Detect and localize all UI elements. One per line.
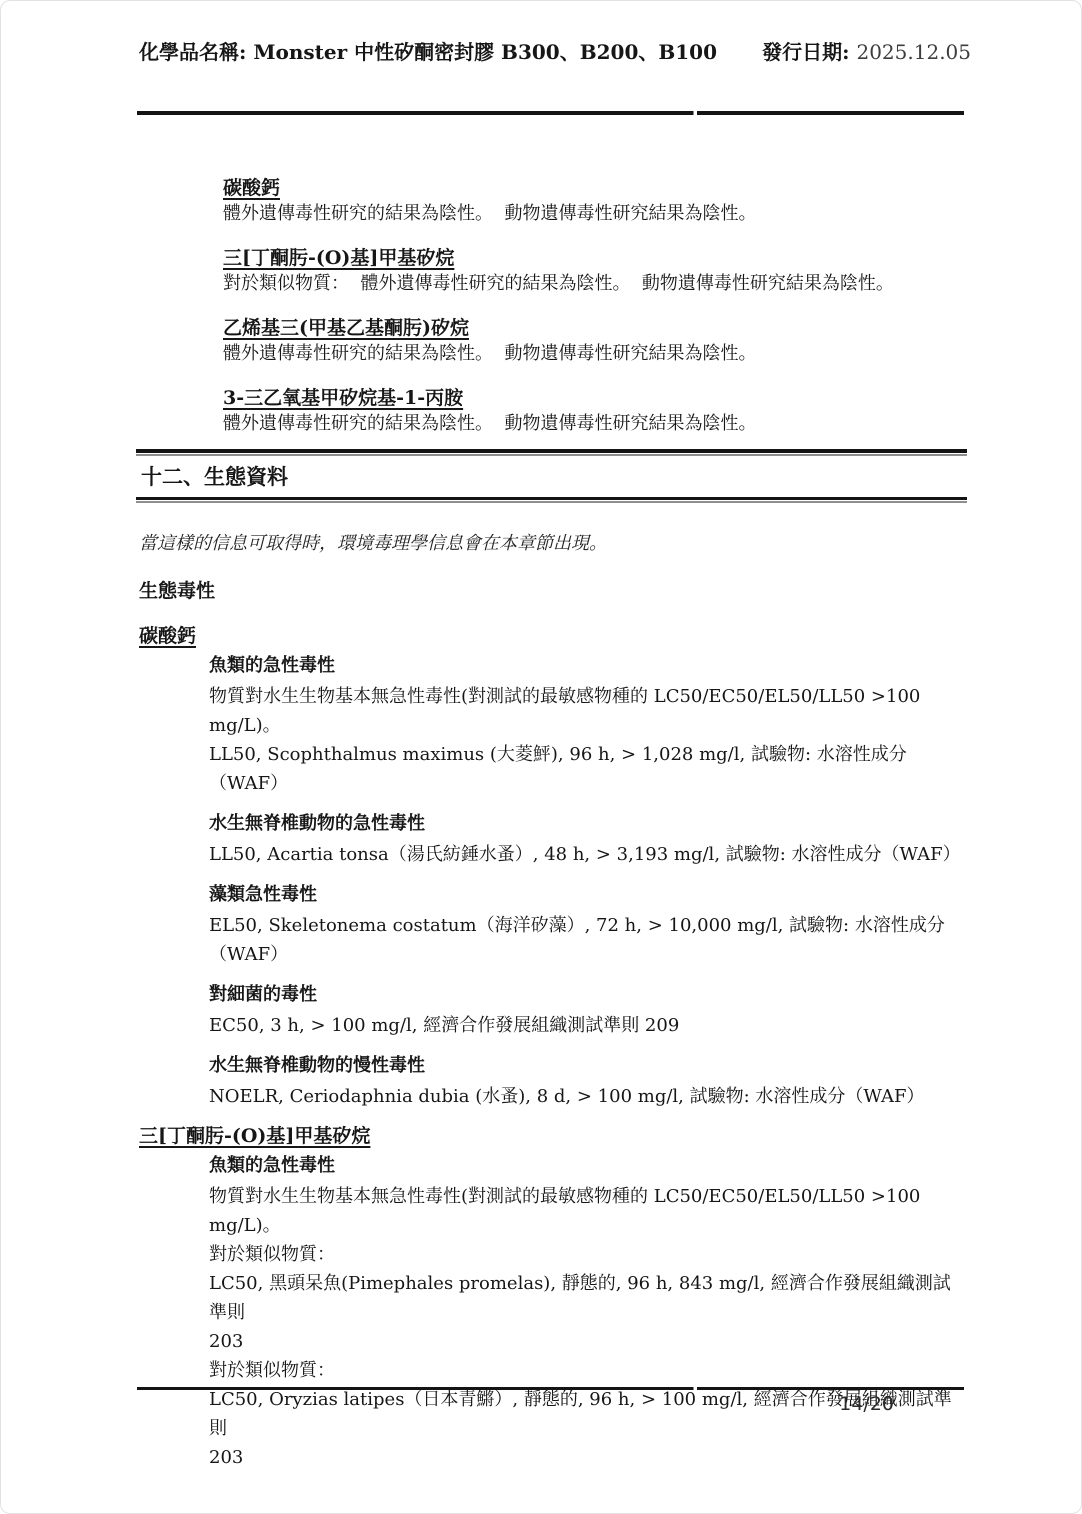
entry-line: LL50, Acartia tonsa（湯氏紡錘水蚤）, 48 h, > 3,1… bbox=[209, 840, 964, 869]
entry-fish-acute-toxicity: 魚類的急性毒性 物質對水生生物基本無急性毒性(對測試的最敏感物種的 LC50/E… bbox=[209, 1152, 964, 1472]
entry-line: 對於類似物質： bbox=[209, 1240, 964, 1269]
substance-name: 三[丁酮肟-(O)基]甲基矽烷 bbox=[139, 1123, 964, 1150]
genotox-block-butanone-oxime-silane: 三[丁酮肟-(O)基]甲基矽烷 對於類似物質： 體外遺傳毒性研究的結果為陰性。 … bbox=[223, 245, 963, 297]
band-rule-top-black bbox=[136, 449, 967, 453]
issue-date-value: 2025.12.05 bbox=[856, 40, 971, 64]
entry-fish-acute-toxicity: 魚類的急性毒性 物質對水生生物基本無急性毒性(對測試的最敏感物種的 LC50/E… bbox=[209, 652, 964, 798]
substance-title: 乙烯基三(甲基乙基酮肟)矽烷 bbox=[223, 315, 963, 341]
substance-title: 三[丁酮肟-(O)基]甲基矽烷 bbox=[223, 245, 963, 271]
entry-title: 藻類急性毒性 bbox=[209, 881, 964, 908]
band-rule-bottom-gray bbox=[136, 501, 967, 503]
page-header: 化學品名稱: Monster 中性矽酮密封膠 B300、B200、B100 發行… bbox=[139, 39, 971, 65]
genotox-result-text: 體外遺傳毒性研究的結果為陰性。 動物遺傳毒性研究結果為陰性。 bbox=[223, 341, 963, 367]
entry-line: EL50, Skeletonema costatum（海洋矽藻）, 72 h, … bbox=[209, 911, 964, 969]
genotox-result-text: 體外遺傳毒性研究的結果為陰性。 動物遺傳毒性研究結果為陰性。 bbox=[223, 201, 963, 227]
entry-line: 203 bbox=[209, 1327, 964, 1356]
issue-date-label: 發行日期: bbox=[762, 40, 856, 64]
entry-line: LC50, 黑頭呆魚(Pimephales promelas), 靜態的, 96… bbox=[209, 1269, 964, 1327]
chemical-name-label: 化學品名稱: Monster 中性矽酮密封膠 B300、B200、B100 bbox=[139, 39, 717, 65]
entry-bacteria-toxicity: 對細菌的毒性 EC50, 3 h, > 100 mg/l, 經濟合作發展組織測試… bbox=[209, 981, 964, 1040]
genotox-block-propylamine: 3-三乙氧基甲矽烷基-1-丙胺 體外遺傳毒性研究的結果為陰性。 動物遺傳毒性研究… bbox=[223, 385, 963, 437]
entry-line: 物質對水生生物基本無急性毒性(對測試的最敏感物種的 LC50/EC50/EL50… bbox=[209, 682, 964, 740]
substance-title: 3-三乙氧基甲矽烷基-1-丙胺 bbox=[223, 385, 963, 411]
entry-line: EC50, 3 h, > 100 mg/l, 經濟合作發展組織測試準則 209 bbox=[209, 1011, 964, 1040]
genotox-result-text: 體外遺傳毒性研究的結果為陰性。 動物遺傳毒性研究結果為陰性。 bbox=[223, 411, 963, 437]
entry-title: 魚類的急性毒性 bbox=[209, 652, 964, 679]
page-footer: 14/20 bbox=[137, 1387, 964, 1415]
sds-document-page: 化學品名稱: Monster 中性矽酮密封膠 B300、B200、B100 發行… bbox=[0, 0, 1082, 1514]
entry-title: 對細菌的毒性 bbox=[209, 981, 964, 1008]
entry-line: LL50, Scophthalmus maximus (大菱鮃), 96 h, … bbox=[209, 740, 964, 798]
substance-title: 碳酸鈣 bbox=[223, 175, 963, 201]
entry-line: 203 bbox=[209, 1443, 964, 1472]
genotox-block-calcium-carbonate: 碳酸鈣 體外遺傳毒性研究的結果為陰性。 動物遺傳毒性研究結果為陰性。 bbox=[223, 175, 963, 227]
genotox-result-text: 對於類似物質： 體外遺傳毒性研究的結果為陰性。 動物遺傳毒性研究結果為陰性。 bbox=[223, 271, 963, 297]
entry-line: NOELR, Ceriodaphnia dubia (水蚤), 8 d, > 1… bbox=[209, 1082, 964, 1111]
entry-title: 水生無脊椎動物的急性毒性 bbox=[209, 810, 964, 837]
genotoxicity-results: 碳酸鈣 體外遺傳毒性研究的結果為陰性。 動物遺傳毒性研究結果為陰性。 三[丁酮肟… bbox=[223, 175, 963, 437]
section-intro-note: 當這樣的信息可取得時，環境毒理學信息會在本章節出現。 bbox=[139, 531, 964, 557]
entry-line: 物質對水生生物基本無急性毒性(對測試的最敏感物種的 LC50/EC50/EL50… bbox=[209, 1182, 964, 1240]
band-rule-bottom-black bbox=[136, 497, 967, 500]
issue-date: 發行日期: 2025.12.05 bbox=[762, 39, 971, 65]
ecotox-entries: 魚類的急性毒性 物質對水生生物基本無急性毒性(對測試的最敏感物種的 LC50/E… bbox=[209, 1152, 964, 1472]
entry-algae-acute-toxicity: 藻類急性毒性 EL50, Skeletonema costatum（海洋矽藻）,… bbox=[209, 881, 964, 969]
page-number: 14/20 bbox=[137, 1393, 964, 1415]
header-rule bbox=[137, 111, 964, 115]
entry-title: 魚類的急性毒性 bbox=[209, 1152, 964, 1179]
ecotox-entries: 魚類的急性毒性 物質對水生生物基本無急性毒性(對測試的最敏感物種的 LC50/E… bbox=[209, 652, 964, 1111]
genotox-block-vinyl-silane: 乙烯基三(甲基乙基酮肟)矽烷 體外遺傳毒性研究的結果為陰性。 動物遺傳毒性研究結… bbox=[223, 315, 963, 367]
entry-line: 對於類似物質： bbox=[209, 1356, 964, 1385]
footer-rule bbox=[137, 1387, 964, 1390]
section-12-body: 當這樣的信息可取得時，環境毒理學信息會在本章節出現。 生態毒性 碳酸鈣 魚類的急… bbox=[139, 531, 964, 1472]
substance-name: 碳酸鈣 bbox=[139, 623, 964, 650]
entry-title: 水生無脊椎動物的慢性毒性 bbox=[209, 1052, 964, 1079]
section-12-heading-band: 十二、生態資料 bbox=[136, 449, 967, 503]
entry-aquatic-invertebrate-chronic-toxicity: 水生無脊椎動物的慢性毒性 NOELR, Ceriodaphnia dubia (… bbox=[209, 1052, 964, 1111]
section-12-heading: 十二、生態資料 bbox=[136, 456, 967, 497]
ecotox-substance-butanone-oxime-silane: 三[丁酮肟-(O)基]甲基矽烷 魚類的急性毒性 物質對水生生物基本無急性毒性(對… bbox=[139, 1123, 964, 1472]
entry-aquatic-invertebrate-acute-toxicity: 水生無脊椎動物的急性毒性 LL50, Acartia tonsa（湯氏紡錘水蚤）… bbox=[209, 810, 964, 869]
ecotoxicity-label: 生態毒性 bbox=[139, 578, 964, 604]
ecotox-substance-calcium-carbonate: 碳酸鈣 魚類的急性毒性 物質對水生生物基本無急性毒性(對測試的最敏感物種的 LC… bbox=[139, 623, 964, 1111]
